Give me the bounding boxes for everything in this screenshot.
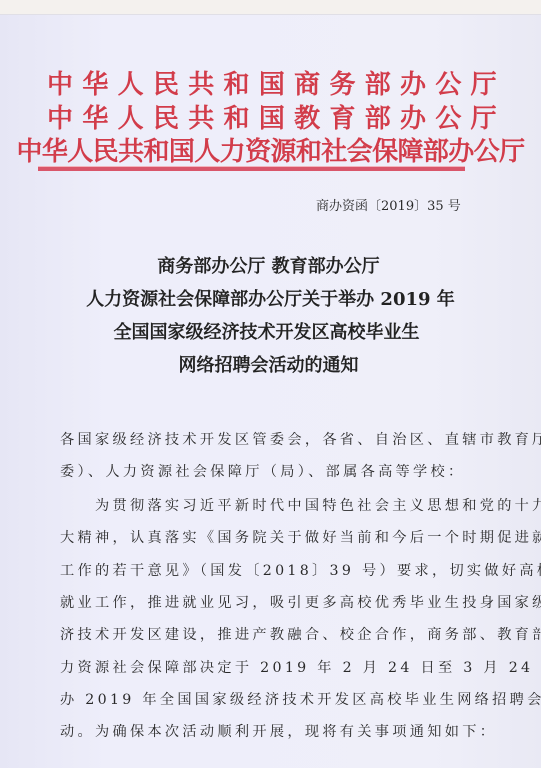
body-line-2: 大精神，认真落实《国务院关于做好当前和今后一个时期促进就业	[60, 527, 541, 547]
addressee-line-2: 委）、人力资源社会保障厅（局）、部属各高等学校：	[60, 461, 466, 481]
letterhead-line-commerce: 中华人民共和国商务部办公厅	[6, 64, 541, 101]
letterhead-line-hr: 中华人民共和国人力资源和社会保障部办公厅	[0, 131, 541, 168]
scan-top-edge	[0, 0, 541, 15]
body-line-1: 为贯彻落实习近平新时代中国特色社会主义思想和党的十九	[60, 495, 541, 515]
title-line-3: 全国国家级经济技术开发区高校毕业生	[0, 318, 537, 344]
body-line-4: 就业工作，推进就业见习，吸引更多高校优秀毕业生投身国家级经	[60, 592, 541, 612]
body-line-3: 工作的若干意见》（国发〔2018〕39 号）要求，切实做好高校毕业生	[60, 560, 541, 580]
document-number: 商办资函〔2019〕35 号	[316, 195, 461, 214]
title-line-2: 人力资源社会保障部办公厅关于举办 2019 年	[0, 285, 541, 311]
body-line-8: 动。为确保本次活动顺利开展，现将有关事项通知如下：	[60, 721, 497, 741]
addressee-line-1: 各国家级经济技术开发区管委会，各省、自治区、直辖市教育厅（教	[60, 429, 541, 449]
letterhead-line-education: 中华人民共和国教育部办公厅	[6, 98, 541, 135]
body-line-6: 力资源社会保障部决定于 2019 年 2 月 24 日至 3 月 24 日共同举	[60, 657, 541, 677]
title-line-1: 商务部办公厅 教育部办公厅	[0, 252, 539, 278]
title-line-4: 网络招聘会活动的通知	[0, 351, 539, 377]
body-line-5: 济技术开发区建设，推进产教融合、校企合作，商务部、教育部、人	[60, 624, 541, 644]
letterhead-red-rule	[38, 166, 465, 171]
document-page: 中华人民共和国商务部办公厅 中华人民共和国教育部办公厅 中华人民共和国人力资源和…	[0, 0, 541, 768]
body-line-7: 办 2019 年全国国家级经济技术开发区高校毕业生网络招聘会活	[60, 689, 541, 709]
